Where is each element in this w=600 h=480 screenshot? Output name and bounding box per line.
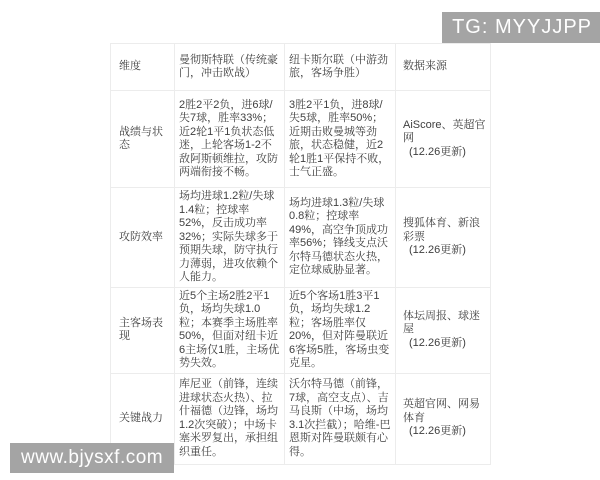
table-row: 战绩与状态 2胜2平2负，进6球/失7球，胜率33%；近2轮1平1负状态低迷，上… <box>111 91 491 188</box>
newcastle-cell: 近5个客场1胜3平1负，场均失球1.2粒；客场胜率仅20%，但对阵曼联近6客场5… <box>285 287 396 373</box>
table-header-row: 维度 曼彻斯特联（传统豪门，冲击欧战） 纽卡斯尔联（中游劲旅，客场争胜） 数据来… <box>111 44 491 91</box>
newcastle-cell: 3胜2平1负，进8球/失5球，胜率50%；近期击败曼城等劲旅，状态稳健，近2轮1… <box>285 91 396 188</box>
source-names: 搜狐体育、新浪彩票 <box>403 217 487 244</box>
manutd-cell: 库尼亚（前锋，连续进球状态火热）、拉什福德（边锋，场均1.2次突破）；中场卡塞米… <box>175 373 285 464</box>
column-header-newcastle: 纽卡斯尔联（中游劲旅，客场争胜） <box>285 44 396 91</box>
column-header-source: 数据来源 <box>396 44 491 91</box>
source-updated: (12.26更新) <box>403 425 487 439</box>
table-row: 攻防效率 场均进球1.2粒/失球1.4粒；控球率52%，反击成功率32%；实际失… <box>111 188 491 288</box>
source-updated: (12.26更新) <box>403 146 487 160</box>
source-cell: 体坛周报、球迷屋 (12.26更新) <box>396 287 491 373</box>
manutd-cell: 2胜2平2负，进6球/失7球，胜率33%；近2轮1平1负状态低迷，上轮客场1-2… <box>175 91 285 188</box>
telegram-watermark: TG: MYYJJPP <box>442 12 600 43</box>
source-names: AiScore、英超官网 <box>403 119 487 146</box>
dimension-cell: 主客场表现 <box>111 287 175 373</box>
source-updated: (12.26更新) <box>403 244 487 258</box>
manutd-cell: 场均进球1.2粒/失球1.4粒；控球率52%，反击成功率32%；实际失球多于预期… <box>175 188 285 288</box>
dimension-cell: 战绩与状态 <box>111 91 175 188</box>
source-cell: 搜狐体育、新浪彩票 (12.26更新) <box>396 188 491 288</box>
column-header-man-utd: 曼彻斯特联（传统豪门，冲击欧战） <box>175 44 285 91</box>
source-names: 英超官网、网易体育 <box>403 398 487 425</box>
dimension-cell: 攻防效率 <box>111 188 175 288</box>
newcastle-cell: 沃尔特马德（前锋，7球，高空支点）、吉马良斯（中场，场均3.1次拦截）；哈维-巴… <box>285 373 396 464</box>
website-watermark: www.bjysxf.com <box>10 443 174 473</box>
table-row: 主客场表现 近5个主场2胜2平1负，场均失球1.0粒；本赛季主场胜率50%，但面… <box>111 287 491 373</box>
manutd-cell: 近5个主场2胜2平1负，场均失球1.0粒；本赛季主场胜率50%，但面对纽卡近6主… <box>175 287 285 373</box>
source-updated: (12.26更新) <box>403 337 487 351</box>
source-cell: 英超官网、网易体育 (12.26更新) <box>396 373 491 464</box>
source-cell: AiScore、英超官网 (12.26更新) <box>396 91 491 188</box>
comparison-table: 维度 曼彻斯特联（传统豪门，冲击欧战） 纽卡斯尔联（中游劲旅，客场争胜） 数据来… <box>110 43 491 465</box>
newcastle-cell: 场均进球1.3粒/失球0.8粒；控球率49%，高空争顶成功率56%；锋线支点沃尔… <box>285 188 396 288</box>
column-header-dimension: 维度 <box>111 44 175 91</box>
page: 维度 曼彻斯特联（传统豪门，冲击欧战） 纽卡斯尔联（中游劲旅，客场争胜） 数据来… <box>0 0 600 480</box>
source-names: 体坛周报、球迷屋 <box>403 310 487 337</box>
